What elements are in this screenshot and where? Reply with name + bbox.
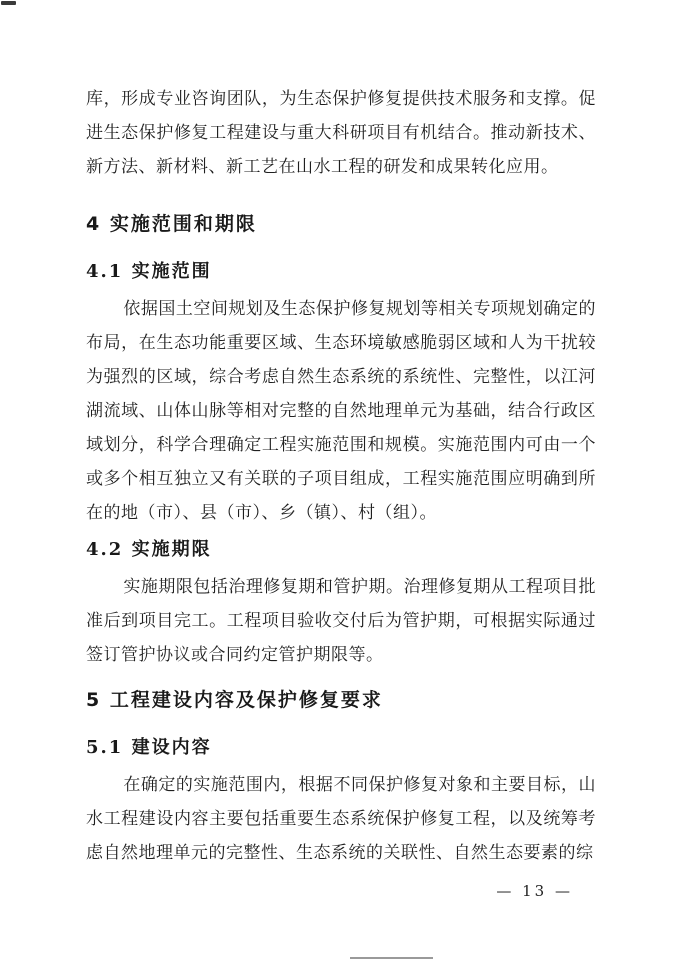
scan-artifact-corner-mark — [1, 1, 16, 5]
page-number: — 13 — — [496, 882, 573, 900]
section-4-heading: 4 实施范围和期限 — [86, 206, 596, 242]
page-footer: — 13 — — [496, 882, 573, 900]
section-5-1-heading: 5.1 建设内容 — [86, 730, 596, 766]
section-4-1-heading: 4.1 实施范围 — [86, 254, 596, 290]
paragraph-continuation: 库，形成专业咨询团队，为生态保护修复提供技术服务和支撑。促进生态保护修复工程建设… — [86, 82, 596, 184]
section-5-heading: 5 工程建设内容及保护修复要求 — [86, 682, 596, 718]
page-content: 库，形成专业咨询团队，为生态保护修复提供技术服务和支撑。促进生态保护修复工程建设… — [86, 82, 596, 870]
section-4-2-paragraph: 实施期限包括治理修复期和管护期。治理修复期从工程项目批准后到项目完工。工程项目验… — [86, 570, 596, 672]
document-page: 库，形成专业咨询团队，为生态保护修复提供技术服务和支撑。促进生态保护修复工程建设… — [0, 0, 677, 969]
section-4-2-heading: 4.2 实施期限 — [86, 532, 596, 568]
scan-artifact-bottom-line — [350, 957, 433, 959]
section-4-1-paragraph: 依据国土空间规划及生态保护修复规划等相关专项规划确定的布局，在生态功能重要区域、… — [86, 292, 596, 530]
section-5-1-paragraph: 在确定的实施范围内，根据不同保护修复对象和主要目标，山水工程建设内容主要包括重要… — [86, 768, 596, 870]
